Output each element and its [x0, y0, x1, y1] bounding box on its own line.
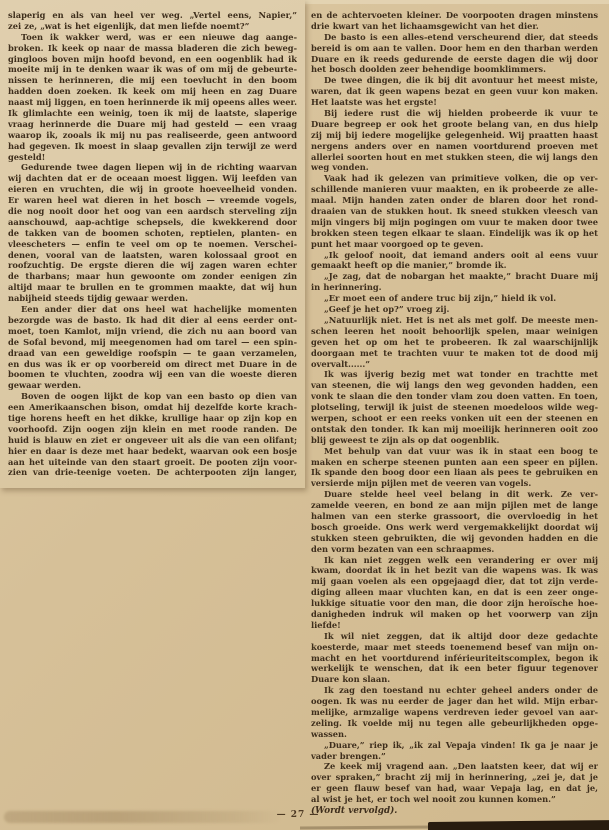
text-line: plotseling, terwijl ik juist de steenen …	[311, 402, 598, 413]
scan-edge-line	[300, 826, 435, 830]
text-line: bezorgde was de basto. Ik had dit dier a…	[8, 315, 297, 326]
text-line: Ze keek mij vragend aan. „Den laatsten k…	[311, 761, 598, 772]
text-line: denen, vooral van de laatsten, waren kol…	[8, 250, 297, 261]
text-line: ontstak den tonder. Ik kan mij moeilijk …	[311, 424, 598, 435]
text-line: Duare en ik reeds gedurende de eerste da…	[311, 54, 598, 65]
text-line: Ik zag den toestand nu echter geheel and…	[311, 685, 598, 696]
text-line: vader brengen.”	[311, 751, 598, 762]
text-line: overvalt......”	[311, 359, 598, 370]
text-line: den vorm bezaten van een schraapmes.	[311, 544, 598, 555]
text-line: wij dachten dat er de oceaan moest ligge…	[8, 173, 297, 184]
text-line: Duare kon slaan.	[311, 674, 598, 685]
text-line: punt het maar voorgoed op te geven.	[311, 239, 598, 250]
text-line: huid is blauw en ziet er ongeveer uit al…	[8, 435, 297, 446]
text-line: hier en daar is deze met haar bedekt, wa…	[8, 446, 297, 457]
text-line: een Amerikaanschen bison, omdat hij deze…	[8, 402, 297, 413]
text-line: de takken van de boomen schoten, reptiel…	[8, 228, 297, 239]
text-line: stukken steen gebruikten, die wij gevond…	[311, 533, 598, 544]
text-line: macht en het voortdurend inférieuriteits…	[311, 653, 598, 664]
text-line: naast mij liggen, en toen herinnerde ik …	[8, 97, 297, 108]
text-line: Ik was ijverig bezig met wat tonder en t…	[311, 369, 598, 380]
text-line: De basto is een alles-etend verscheurend…	[311, 32, 598, 43]
text-line: Bij iedere rust die wij hielden probeerd…	[311, 108, 598, 119]
text-line: Boven de oogen lijkt de kop van een bast…	[8, 391, 297, 402]
scan-edge-band	[428, 820, 609, 830]
text-line: Vaak had ik gelezen van primitieve volke…	[311, 173, 598, 184]
text-line: diging alleen maar vluchten kan, en dat …	[311, 587, 598, 598]
text-line: De twee dingen, die ik bij dit avontuur …	[311, 75, 598, 86]
text-line: zei ze, „wat is het eigenlijk, dat men l…	[8, 21, 297, 32]
text-line: boomen te vluchten, zoodra wij een van d…	[8, 369, 297, 380]
right-column: en de achtervoeten kleiner. De voorpoote…	[311, 10, 598, 817]
text-line: en de achtervoeten kleiner. De voorpoote…	[311, 10, 598, 21]
text-line: vleescheters — enfin te veel om op te no…	[8, 239, 297, 250]
text-line: broken. Ik keek op naar de massa bladere…	[8, 43, 297, 54]
text-line: „Je zag, dat de nobargan het maakte,” br…	[311, 271, 598, 282]
text-line: liefde!	[311, 620, 598, 631]
text-line: bosch groeide. Ons werk werd vergemakkel…	[311, 522, 598, 533]
text-line: de tharbans; maar hun gewoonte om zonder…	[8, 271, 297, 282]
text-line: over spraken,” bracht zij mij in herinne…	[311, 772, 598, 783]
text-line: mij gaan voelen als een opgejaagd dier, …	[311, 576, 598, 587]
text-line: Gedurende twee dagen liepen wij in de ri…	[8, 162, 297, 173]
text-line: tige horens heeft en het dikke, krullige…	[8, 413, 297, 424]
text-line: en dus was ik er op voorbereid om direct…	[8, 359, 297, 370]
text-line: roofzuchtig. De ergste dieren die wij za…	[8, 260, 297, 271]
text-line: blij geweest te zijn als op dat oogenbli…	[311, 435, 598, 446]
text-line: het bosch doolden zeer behendige boomkli…	[311, 64, 598, 75]
text-line: Ik wil niet zeggen, dat ik altijd door d…	[311, 631, 598, 642]
text-line: Een ander dier dat ons heel wat hachelij…	[8, 304, 297, 315]
text-line: „Duare,” riep ik, „ik zal Vepaja vinden!…	[311, 740, 598, 751]
text-line: geven het op om het te probeeren. Ik zal…	[311, 337, 598, 348]
text-line: Ik kan niet zeggen welk een verandering …	[311, 555, 598, 566]
text-line: nabijheid steeds tijdig gewaar werden.	[8, 293, 297, 304]
text-line: draad van een geweldige roofspin — te ga…	[8, 348, 297, 359]
page-edge-shadow	[4, 811, 282, 823]
text-line: gesteld!	[8, 152, 297, 163]
text-line: werkelijk te wenschen, dat ik een beter …	[311, 663, 598, 674]
text-line: Ik spande den boog door een liaan als pe…	[311, 467, 598, 478]
text-line: eieren en vruchten, die wij in groote ho…	[8, 184, 297, 195]
text-line: danigheden indruk wil maken op het voorw…	[311, 609, 598, 620]
text-line: „Natuurlijk niet. Het is net als met gol…	[311, 315, 598, 326]
text-line: vraag herinnerde die Duare mij had geste…	[8, 119, 297, 130]
text-line: al wist je het, er toch wel nooit zou ku…	[311, 794, 598, 805]
scanned-page: { "page": { "number_label": "— 27 —", "c…	[0, 0, 609, 830]
text-line: weg vonden.	[311, 162, 598, 173]
text-line: nergens anders over en namen voortdurend…	[311, 141, 598, 152]
text-line: voorhoofd. Zijn oogen zijn klein en met …	[8, 424, 297, 435]
text-line: versierde mijn pijlen met de veeren van …	[311, 478, 598, 489]
text-line: brokken steen tegen elkaar te slaan. Ein…	[311, 228, 598, 239]
text-line: er geen flauw besef van had, waar Vepaja…	[311, 783, 598, 794]
text-line: Het laatste was het ergste!	[311, 97, 598, 108]
text-line: hadden doen zoeken. Ik keek om mij heen …	[8, 86, 297, 97]
text-line: bereid is om aan te vallen. Door hem en …	[311, 43, 598, 54]
text-line: drie kwart van het lichaamsgewicht van h…	[311, 21, 598, 32]
continuation-notice: (Wordt vervolgd).	[311, 805, 598, 817]
text-line: koesterde, maar met steeds toenemend bes…	[311, 642, 598, 653]
text-line: mijn vingers bij mijn pogingen om vuur t…	[311, 217, 598, 228]
text-line: gingloos boven mijn hoofd bevond, en een…	[8, 54, 297, 65]
text-line: schen leeren het nooit behoorlijk spelen…	[311, 326, 598, 337]
text-line: maken en scherpe steenen punten aan een …	[311, 457, 598, 468]
text-line: kwam, doordat ik in het bezit van die wa…	[311, 565, 598, 576]
text-line: „Ik geloof nooit, dat iemand anders ooit…	[311, 250, 598, 261]
text-line: zamelde veeren, en bond ze aan mijn pijl…	[311, 500, 598, 511]
text-line: doorgaan met te trachten vuur te maken t…	[311, 348, 598, 359]
text-line: werpen, schoot er een reeks vonken uit e…	[311, 413, 598, 424]
text-line: waarop ik, zooals ik mij nu pas realisee…	[8, 130, 297, 141]
text-line: wassen.	[311, 729, 598, 740]
left-column: slaperig en als van heel ver weg. „Verte…	[8, 10, 297, 478]
page-number: — 27 —	[268, 810, 328, 820]
text-line: „Er moet een of andere truc bij zijn,” h…	[311, 293, 598, 304]
text-line: Er waren heel wat dieren in het bosch — …	[8, 195, 297, 206]
text-line: Met behulp van dat vuur was ik in staat …	[311, 446, 598, 457]
text-line: zeling. Ik voelde mij nu tegen alle gebe…	[311, 718, 598, 729]
text-line: schillende manieren vuur maakten, en ik …	[311, 184, 598, 195]
text-line: aanschouwd, aap-achtige schepsels, die k…	[8, 217, 297, 228]
text-line: vonk te slaan die den tonder vlam zou do…	[311, 391, 598, 402]
text-line: oogen. Ik was nu eerder de jager dan het…	[311, 696, 598, 707]
text-line: de Sofal bevond, mij meegenomen had om t…	[8, 337, 297, 348]
text-line: aan het uiteinde van den staart groeit. …	[8, 457, 297, 468]
text-line: zij mij bij iedere mogelijke gelegenheid…	[311, 130, 598, 141]
text-line: „Geef je het op?” vroeg zij.	[311, 304, 598, 315]
text-line: Duare stelde heel veel belang in dit wer…	[311, 489, 598, 500]
text-line: Toen ik wakker werd, was er een nieuwe d…	[8, 32, 297, 43]
text-line: Duare begreep er ook het groote belang v…	[311, 119, 598, 130]
text-line: draaien van de stukken hout. Ik sneed st…	[311, 206, 598, 217]
text-line: nissen te herinneren, die mij een toevlu…	[8, 75, 297, 86]
text-line: allerlei soorten hout en met stukken ste…	[311, 152, 598, 163]
text-line: maal. Mijn handen zaten onder de blaren …	[311, 195, 598, 206]
text-line: melijke, armzalige wapens verdreven iede…	[311, 707, 598, 718]
text-line: altijd maar te brullen en te grommen maa…	[8, 282, 297, 293]
text-line: zien van drie-teenige voeten. De achterp…	[8, 467, 297, 478]
text-line: in herinnering.	[311, 282, 598, 293]
text-line: van steenen, die wij langs den weg gevon…	[311, 380, 598, 391]
text-line: Ik glimlachte een weinig, toen ik mij de…	[8, 108, 297, 119]
text-line: gewaar werden.	[8, 380, 297, 391]
text-line: gemaakt heeft op die manier,” bromde ik.	[311, 260, 598, 271]
text-line: lukkige situatie voor den man, die door …	[311, 598, 598, 609]
text-line: die nog nooit door het oog van een aards…	[8, 206, 297, 217]
right-column-lines: en de achtervoeten kleiner. De voorpoote…	[311, 10, 598, 805]
text-line: slaperig en als van heel ver weg. „Verte…	[8, 10, 297, 21]
text-line: moet, toen Kamlot, mijn vriend, die zich…	[8, 326, 297, 337]
text-line: halmen van een sterke grassoort, die ove…	[311, 511, 598, 522]
text-line: waren, dat ik geen wapens bezat en geen …	[311, 86, 598, 97]
text-line: had gegeven. Ik moest in slaap gevallen …	[8, 141, 297, 152]
text-line: moeite mij in te denken waar ik was of o…	[8, 64, 297, 75]
